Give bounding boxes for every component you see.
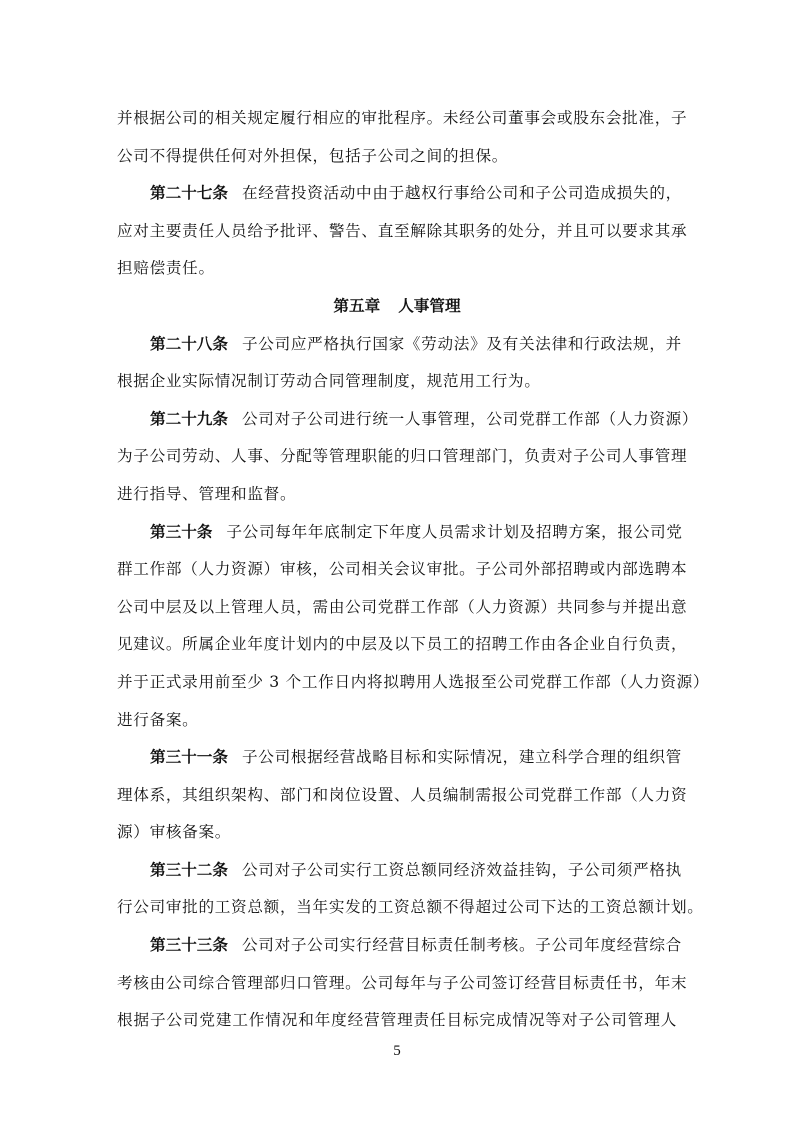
article-number: 第三十二条 xyxy=(150,861,228,879)
text-line: 为子公司劳动、人事、分配等管理职能的归口管理部门，负责对子公司人事管理 xyxy=(117,441,677,479)
page-number: 5 xyxy=(0,1043,794,1060)
document-page: 并根据公司的相关规定履行相应的审批程序。未经公司董事会或股东会批准，子公司不得提… xyxy=(0,0,794,1123)
article-number: 第二十八条 xyxy=(150,335,228,353)
article-text: 子公司应严格执行国家《劳动法》及有关法律和行政法规，并 xyxy=(242,335,682,353)
text-line: 行公司审批的工资总额，当年实发的工资总额不得超过公司下达的工资总额计划。 xyxy=(117,892,677,930)
article-number: 第二十七条 xyxy=(150,184,228,202)
article-first-line: 第三十二条公司对子公司实行工资总额同经济效益挂钩，子公司须严格执 xyxy=(117,855,677,893)
text-line: 并根据公司的相关规定履行相应的审批程序。未经公司董事会或股东会批准，子 xyxy=(117,103,677,141)
article-text: 子公司每年年底制定下年度人员需求计划及招聘方案，报公司党 xyxy=(226,523,682,541)
chapter-title: 人事管理 xyxy=(398,297,460,315)
text-line: 见建议。所属企业年度计划内的中层及以下员工的招聘工作由各企业自行负责， xyxy=(117,629,677,667)
article-first-line: 第二十九条公司对子公司进行统一人事管理，公司党群工作部（人力资源） xyxy=(117,404,677,442)
text-line: 担赔偿责任。 xyxy=(117,253,677,291)
text-line: 并于正式录用前至少 3 个工作日内将拟聘用人选报至公司党群工作部（人力资源） xyxy=(117,667,677,705)
article-text: 子公司根据经营战略目标和实际情况，建立科学合理的组织管 xyxy=(242,748,682,766)
article-text: 在经营投资活动中由于越权行事给公司和子公司造成损失的， xyxy=(242,184,682,202)
text-line: 源）审核备案。 xyxy=(117,817,677,855)
article-number: 第三十条 xyxy=(150,523,212,541)
text-line: 应对主要责任人员给予批评、警告、直至解除其职务的处分，并且可以要求其承 xyxy=(117,216,677,254)
chapter-heading: 第五章人事管理 xyxy=(117,291,677,329)
article-number: 第三十三条 xyxy=(150,936,228,954)
article-first-line: 第三十一条子公司根据经营战略目标和实际情况，建立科学合理的组织管 xyxy=(117,742,677,780)
article-text: 公司对子公司实行工资总额同经济效益挂钩，子公司须严格执 xyxy=(242,861,682,879)
text-line: 进行备案。 xyxy=(117,705,677,743)
article-number: 第二十九条 xyxy=(150,410,228,428)
text-line: 考核由公司综合管理部归口管理。公司每年与子公司签订经营目标责任书，年末 xyxy=(117,968,677,1006)
text-line: 公司中层及以上管理人员，需由公司党群工作部（人力资源）共同参与并提出意 xyxy=(117,592,677,630)
article-text: 公司对子公司进行统一人事管理，公司党群工作部（人力资源） xyxy=(242,410,698,428)
text-line: 根据子公司党建工作情况和年度经营管理责任目标完成情况等对子公司管理人 xyxy=(117,1005,677,1043)
page-body: 并根据公司的相关规定履行相应的审批程序。未经公司董事会或股东会批准，子公司不得提… xyxy=(117,103,677,1043)
text-line: 根据企业实际情况制订劳动合同管理制度，规范用工行为。 xyxy=(117,366,677,404)
text-line: 进行指导、管理和监督。 xyxy=(117,479,677,517)
article-first-line: 第三十三条公司对子公司实行经营目标责任制考核。子公司年度经营综合 xyxy=(117,930,677,968)
chapter-number: 第五章 xyxy=(333,297,380,315)
article-text: 公司对子公司实行经营目标责任制考核。子公司年度经营综合 xyxy=(242,936,682,954)
text-line: 理体系，其组织架构、部门和岗位设置、人员编制需报公司党群工作部（人力资 xyxy=(117,780,677,818)
article-first-line: 第二十七条在经营投资活动中由于越权行事给公司和子公司造成损失的， xyxy=(117,178,677,216)
article-first-line: 第二十八条子公司应严格执行国家《劳动法》及有关法律和行政法规，并 xyxy=(117,329,677,367)
text-line: 公司不得提供任何对外担保，包括子公司之间的担保。 xyxy=(117,141,677,179)
text-line: 群工作部（人力资源）审核，公司相关会议审批。子公司外部招聘或内部选聘本 xyxy=(117,554,677,592)
article-number: 第三十一条 xyxy=(150,748,228,766)
article-first-line: 第三十条子公司每年年底制定下年度人员需求计划及招聘方案，报公司党 xyxy=(117,517,677,555)
